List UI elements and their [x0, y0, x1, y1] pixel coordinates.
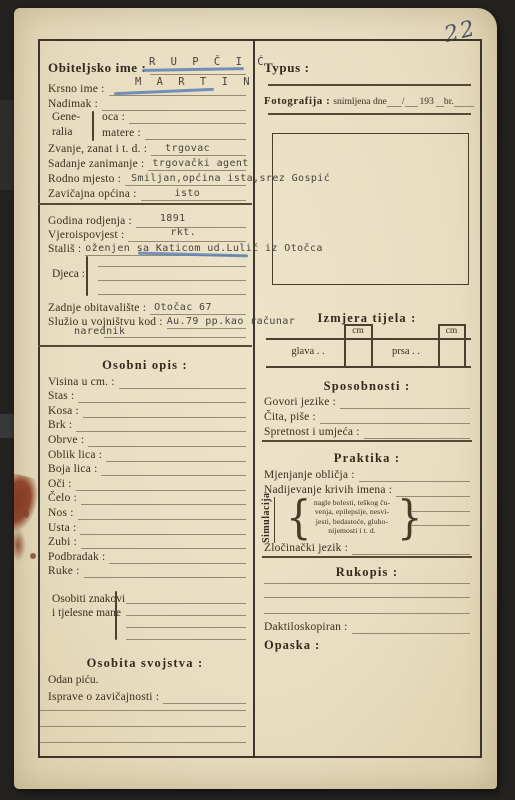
simulacija-line: [412, 513, 470, 526]
desc-label: Stas :: [48, 389, 78, 403]
desc-line: [80, 519, 246, 535]
foto-blank: [387, 95, 402, 107]
field-isprave: Isprave o zavičajnosti :: [48, 689, 246, 704]
desc-row: Stas :: [48, 389, 246, 404]
heading-osobni-opis: Osobni opis :: [38, 358, 252, 373]
wax-stain: [30, 553, 36, 559]
field-label: Zvanje, zanat i t. d. :: [48, 142, 151, 156]
desc-line: [76, 475, 246, 491]
foto-text: snimljena dne: [333, 96, 387, 107]
desc-row: Ruke :: [48, 564, 246, 579]
foto-blank: [454, 95, 474, 107]
table-line: [266, 366, 471, 368]
desc-row: Podbradak :: [48, 549, 246, 564]
desc-row: Obrve :: [48, 432, 246, 447]
desc-label: Usta :: [48, 521, 80, 535]
field-line: [352, 539, 470, 555]
field-value: Smiljan,općina ista,srez Gospić: [131, 173, 330, 184]
field-matere: matere :: [102, 125, 246, 140]
field-label: Stališ :: [48, 242, 85, 256]
desc-label: Brk :: [48, 418, 76, 432]
table-line: [266, 338, 471, 340]
znakovi-bracket: [115, 591, 117, 640]
section-separator: [262, 440, 472, 442]
heading-osobita-svojstva: Osobita svojstva :: [38, 656, 252, 671]
desc-label: Kosa :: [48, 404, 83, 418]
field-label: Zločinački jezik :: [264, 541, 352, 555]
field-label: Nadimak :: [48, 97, 102, 111]
field-label: Isprave o zavičajnosti :: [48, 690, 163, 704]
field-value: rkt.: [170, 227, 196, 238]
field-label: Zadnje obitavalište :: [48, 301, 150, 315]
desc-row: Čelo :: [48, 491, 246, 506]
field-line: isto: [141, 185, 246, 201]
osobni-opis-rows: Visina u cm. : Stas : Kosa : Brk : Obrve…: [48, 374, 246, 578]
column-divider: [253, 39, 255, 758]
field-value: isto: [175, 188, 201, 199]
simulacija-text-line: nijemosti i t. d.: [306, 526, 398, 535]
field-sadanje-zanimanje: Sadanje zanimanje : trgovački agent: [48, 156, 246, 171]
photo-box: [272, 133, 469, 285]
form-paper: 22 Obiteljsko ime : R U P Č I Ć Krsno im…: [14, 8, 497, 789]
desc-line: [81, 490, 246, 506]
field-line: [320, 408, 470, 424]
blank-line: [40, 714, 246, 727]
field-zlocinacki-jezik: Zločinački jezik :: [264, 540, 470, 555]
field-line: [340, 393, 470, 409]
rule: [268, 84, 471, 86]
field-line: [129, 108, 246, 124]
field-value: M A R T I N: [135, 76, 254, 88]
rule: [268, 113, 471, 115]
field-cita-pise: Čita, piše :: [264, 409, 470, 424]
desc-label: Nos :: [48, 506, 78, 520]
desc-label: Oblik lica :: [48, 448, 106, 462]
desc-line: [101, 461, 246, 477]
simulacija-text-line: jesti, bedastoće, gluho-: [306, 517, 398, 526]
field-value: 1891: [160, 213, 186, 224]
field-oca: oca :: [102, 109, 246, 124]
desc-row: Boja lica :: [48, 462, 246, 477]
desc-line: [119, 373, 246, 389]
field-label: Krsno ime :: [48, 82, 109, 96]
desc-label: Visina u cm. :: [48, 375, 119, 389]
field-label: Sadanje zanimanje :: [48, 157, 148, 171]
field-line: Au.79 pp.kao računar: [167, 313, 246, 329]
section-separator: [262, 556, 472, 558]
field-mjenjanje-oblicja: Mjenjanje obličja :: [264, 467, 470, 482]
simulacija-text-line: nagle bolesti, teškog ču-: [306, 498, 398, 507]
field-nadijevanje-imena: Nadijevanje krivih imena :: [264, 482, 470, 497]
field-label: Nadijevanje krivih imena :: [264, 483, 396, 497]
rukopis-line: [264, 585, 470, 598]
field-line: [359, 466, 470, 482]
field-value: Au.79 pp.kao računar: [167, 316, 295, 327]
section-separator: [38, 203, 252, 205]
field-line: trgovac: [151, 140, 246, 156]
field-line: [352, 618, 470, 634]
field-line: trgovački agent: [148, 155, 246, 171]
blank-line: [40, 730, 246, 743]
generalia-label: ralia: [52, 126, 72, 138]
field-label: Spretnost i umjeća :: [264, 425, 364, 439]
wax-stain: [24, 510, 29, 518]
field-value: trgovac: [165, 143, 210, 154]
field-label: Godina rodjenja :: [48, 214, 136, 228]
field-label: Daktiloskopiran :: [264, 620, 352, 634]
desc-line: [106, 446, 246, 462]
desc-row: Kosa :: [48, 403, 246, 418]
desc-row: Brk :: [48, 418, 246, 433]
desc-line: [109, 548, 246, 564]
desc-label: Obrve :: [48, 433, 88, 447]
field-line: Smiljan,općina ista,srez Gospić: [125, 170, 246, 186]
field-value: R U P Č I Ć: [149, 56, 268, 68]
table-header-cm: cm: [438, 326, 465, 336]
desc-line: [83, 402, 246, 418]
simulacija-description: nagle bolesti, teškog ču- venja, epileps…: [306, 498, 398, 536]
field-rodno-mjesto: Rodno mjesto : Smiljan,općina ista,srez …: [48, 171, 246, 186]
table-label-glava: glava . .: [272, 346, 344, 357]
field-label: Govori jezike :: [264, 395, 340, 409]
desc-line: [81, 534, 246, 550]
foto-blank: [436, 95, 444, 107]
table-header-cm: cm: [344, 326, 372, 336]
field-value: Otočac 67: [154, 302, 212, 313]
desc-line: [78, 388, 246, 404]
znakovi-line: [126, 627, 246, 640]
heading-praktika: Praktika :: [258, 451, 476, 466]
field-label: Obiteljsko ime :: [48, 61, 150, 75]
field-fotografija: Fotografija : snimljena dne / 193 br.: [264, 95, 472, 107]
desc-line: [76, 417, 246, 433]
desc-label: Boja lica :: [48, 462, 101, 476]
field-label: Mjenjanje obličja :: [264, 468, 359, 482]
field-zvanje: Zvanje, zanat i t. d. : trgovac: [48, 141, 246, 156]
desc-row: Oblik lica :: [48, 447, 246, 462]
heading-sposobnosti: Sposobnosti :: [258, 379, 476, 394]
wax-stain: [14, 528, 26, 562]
desc-label: Ruke :: [48, 564, 84, 578]
field-djeca-label: Djeca :: [52, 268, 85, 280]
simulacija-vertical-label: Simulacija: [260, 497, 275, 543]
desc-label: Zubi :: [48, 535, 81, 549]
foto-br: br.: [444, 96, 454, 107]
desc-row: Visina u cm. :: [48, 374, 246, 389]
generalia-bracket: [92, 111, 94, 141]
desc-line: [78, 504, 246, 520]
field-line: [145, 124, 246, 140]
field-label: oca :: [102, 110, 129, 124]
odan-picu-label: Odan piću.: [48, 674, 98, 686]
rukopis-line: [264, 571, 470, 584]
field-zavicajna-opcina: Zavičajna općina : isto: [48, 186, 246, 201]
heading-typus: Typus :: [264, 60, 310, 76]
desc-row: Oči :: [48, 476, 246, 491]
foto-blank: [405, 95, 418, 107]
desc-line: [88, 431, 246, 447]
djeca-line: [98, 282, 246, 295]
generalia-label: Gene-: [52, 111, 80, 123]
znakovi-label: i tjelesne mane: [52, 607, 121, 619]
desc-row: Nos :: [48, 505, 246, 520]
field-line: [364, 423, 470, 439]
desc-line: [84, 563, 246, 579]
djeca-line: [98, 268, 246, 281]
simulacija-line: [412, 499, 470, 512]
field-label: Rodno mjesto :: [48, 172, 125, 186]
field-value-line2: narednik: [74, 326, 125, 337]
field-line: [163, 688, 246, 704]
section-separator: [38, 345, 252, 347]
table-label-prsa: prsa . .: [374, 346, 438, 357]
heading-opaska: Opaska :: [264, 638, 320, 653]
desc-label: Čelo :: [48, 491, 81, 505]
simulacija-text-line: venja, epilepsije, nesvi-: [306, 507, 398, 516]
scan-background: 22 Obiteljsko ime : R U P Č I Ć Krsno im…: [0, 0, 515, 800]
field-spretnost: Spretnost i umjeća :: [264, 424, 470, 439]
desc-label: Oči :: [48, 477, 76, 491]
field-label: Zavičajna općina :: [48, 187, 141, 201]
field-daktiloskopiran: Daktiloskopiran :: [264, 619, 470, 634]
djeca-bracket: [86, 256, 88, 296]
field-label: matere :: [102, 126, 145, 140]
foto-year: 193: [418, 96, 436, 107]
desc-row: Usta :: [48, 520, 246, 535]
desc-row: Zubi :: [48, 535, 246, 550]
field-label: Čita, piše :: [264, 410, 320, 424]
field-govori-jezike: Govori jezike :: [264, 394, 470, 409]
field-value: trgovački agent: [152, 158, 248, 169]
field-line: [396, 481, 470, 497]
field-label: Fotografija :: [264, 95, 333, 107]
desc-label: Podbradak :: [48, 550, 109, 564]
rukopis-line: [264, 601, 470, 614]
